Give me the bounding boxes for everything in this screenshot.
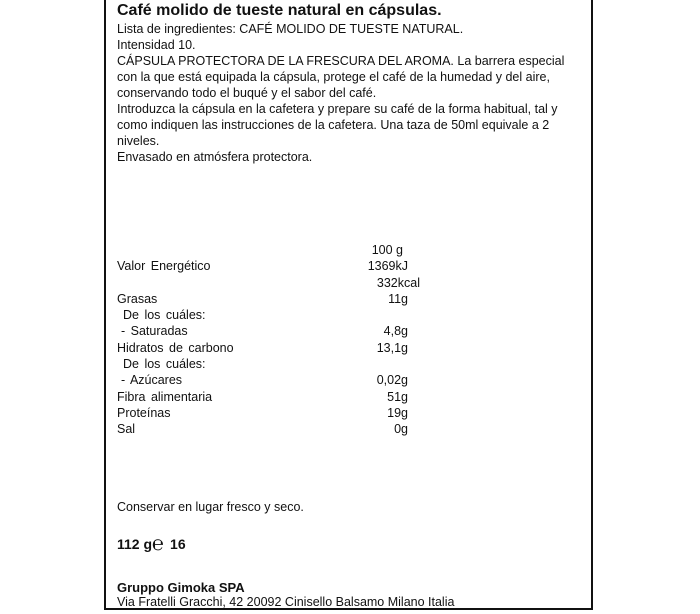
- instructions-line: Introduzca la cápsula en la cafetera y p…: [117, 101, 587, 117]
- nutrition-header: 100 g: [283, 242, 403, 258]
- estimated-sign-icon: ℮: [152, 537, 164, 551]
- nutrient-label: De los cuáles:: [117, 356, 206, 372]
- description-line: conservando todo el buqué y el sabor del…: [117, 85, 587, 101]
- nutrient-label: Proteínas: [117, 405, 171, 421]
- nutrient-label: Sal: [117, 421, 135, 437]
- nutrient-value: 4,8g: [288, 323, 408, 339]
- packaging-line: Envasado en atmósfera protectora.: [117, 149, 587, 165]
- nutrient-value: 19g: [288, 405, 408, 421]
- nutrient-label: Fibra alimentaria: [117, 389, 212, 405]
- nutrient-label: Valor Energético: [117, 258, 211, 274]
- manufacturer-address: Via Fratelli Gracchi, 42 20092 Cinisello…: [117, 595, 454, 609]
- nutrient-value: 0,02g: [288, 372, 408, 388]
- description-line: con la que está equipada la cápsula, pro…: [117, 69, 587, 85]
- nutrient-value: 13,1g: [288, 340, 408, 356]
- product-title: Café molido de tueste natural en cápsula…: [117, 2, 442, 20]
- nutrient-label: - Saturadas: [117, 323, 188, 339]
- storage-instructions: Conservar en lugar fresco y seco.: [117, 500, 304, 514]
- nutrient-label: Hidratos de carbono: [117, 340, 234, 356]
- instructions-line: como indiquen las instrucciones de la ca…: [117, 117, 587, 133]
- manufacturer-name: Gruppo Gimoka SPA: [117, 580, 245, 595]
- nutrient-value: 1369kJ: [288, 258, 408, 274]
- description-line: CÁPSULA PROTECTORA DE LA FRESCURA DEL AR…: [117, 53, 587, 69]
- nutrient-label: De los cuáles:: [117, 307, 206, 323]
- nutrient-value: 0g: [288, 421, 408, 437]
- capsule-count: 16: [170, 536, 186, 552]
- instructions-line: niveles.: [117, 133, 587, 149]
- nutrient-value: 11g: [288, 291, 408, 307]
- ingredients-line: Lista de ingredientes: CAFÉ MOLIDO DE TU…: [117, 21, 587, 37]
- net-weight-value: 112 g: [117, 536, 152, 552]
- nutrient-value: 332kcal: [300, 275, 420, 291]
- nutrient-value: 51g: [288, 389, 408, 405]
- intensity-line: Intensidad 10.: [117, 37, 587, 53]
- nutrient-label: Grasas: [117, 291, 157, 307]
- product-label: Café molido de tueste natural en cápsula…: [104, 0, 593, 610]
- product-info: Lista de ingredientes: CAFÉ MOLIDO DE TU…: [117, 21, 587, 165]
- net-weight: 112 g℮16: [117, 536, 186, 552]
- nutrient-label: - Azúcares: [117, 372, 182, 388]
